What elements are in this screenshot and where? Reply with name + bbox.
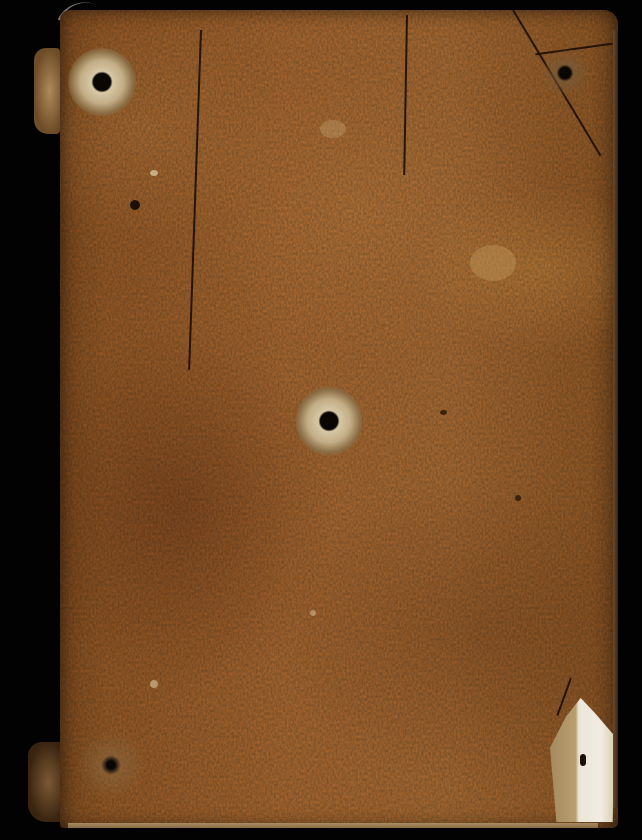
wear-spot xyxy=(515,495,521,501)
boss-hole-top-right xyxy=(540,48,590,98)
boss-mark-bottom-left xyxy=(76,730,146,800)
boss-hole-top-left xyxy=(68,48,136,116)
wear-spot xyxy=(470,245,516,281)
wear-spot xyxy=(310,610,316,616)
wear-spot xyxy=(150,680,158,688)
tear-hole xyxy=(580,754,586,766)
wear-spot xyxy=(440,410,447,415)
clasp-strap-bottom-left xyxy=(28,742,62,822)
cover-right-edge xyxy=(613,30,618,808)
wear-spot xyxy=(320,120,346,138)
cover-bottom-edge xyxy=(68,823,598,828)
clasp-strap-top-left xyxy=(34,48,60,134)
wear-spot xyxy=(150,170,158,176)
leather-book-cover xyxy=(60,10,618,828)
wear-spot xyxy=(130,200,140,210)
photo-background xyxy=(0,0,642,840)
boss-hole-center xyxy=(296,386,362,456)
